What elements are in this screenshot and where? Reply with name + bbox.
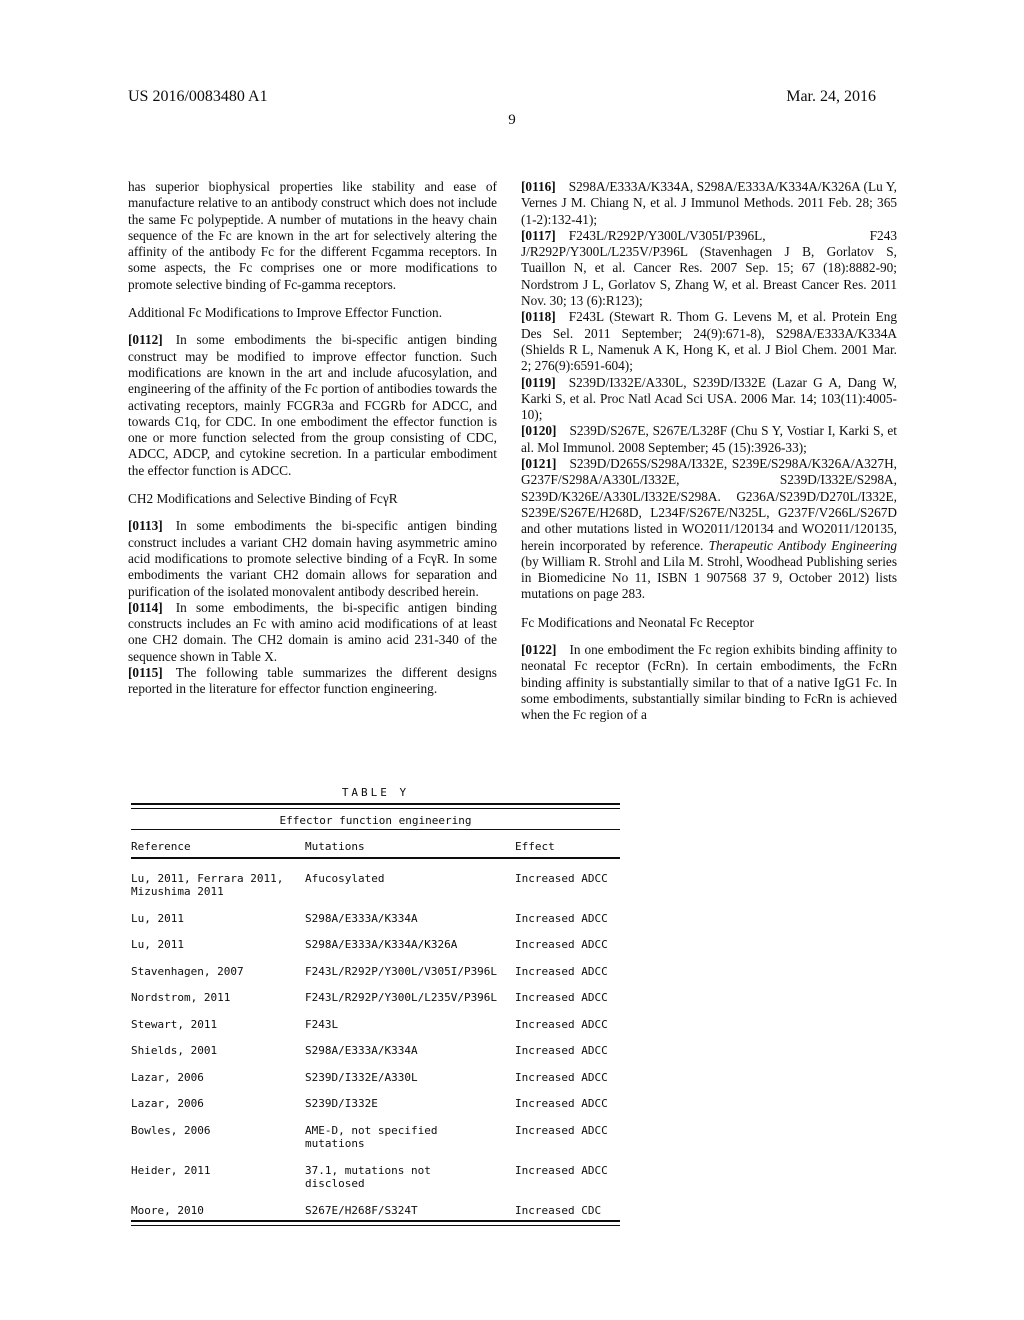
table-row: Lu, 2011, Ferrara 2011, Mizushima 2011Af… bbox=[131, 858, 620, 899]
patent-page: US 2016/0083480 A1 Mar. 24, 2016 9 has s… bbox=[0, 0, 1024, 1320]
table-cell: S298A/E333A/K334A bbox=[305, 899, 515, 926]
table-cell: Increased ADCC bbox=[515, 1031, 620, 1058]
effector-table-body: Lu, 2011, Ferrara 2011, Mizushima 2011Af… bbox=[131, 858, 620, 1218]
table-cell: 37.1, mutations not disclosed bbox=[305, 1151, 515, 1191]
table-cell: F243L/R292P/Y300L/V305I/P396L bbox=[305, 952, 515, 979]
table-cell: S267E/H268F/S324T bbox=[305, 1191, 515, 1218]
table-header-reference: Reference bbox=[131, 830, 305, 858]
table-cell: Stavenhagen, 2007 bbox=[131, 952, 305, 979]
paragraph-0115: [0115]The following table summarizes the… bbox=[128, 665, 497, 698]
table-header-row: Reference Mutations Effect bbox=[131, 830, 620, 858]
page-number: 9 bbox=[0, 112, 1024, 129]
paragraph-text: The following table summarizes the diffe… bbox=[128, 665, 497, 696]
paragraph-0116: [0116]S298A/E333A/K334A, S298A/E333A/K33… bbox=[521, 179, 897, 228]
paragraph-number: [0119] bbox=[521, 375, 556, 390]
table-cell: Increased ADCC bbox=[515, 925, 620, 952]
table-cell: Increased ADCC bbox=[515, 952, 620, 979]
table-cell: Heider, 2011 bbox=[131, 1151, 305, 1191]
table-row: Shields, 2001S298A/E333A/K334AIncreased … bbox=[131, 1031, 620, 1058]
paragraph-number: [0120] bbox=[521, 423, 556, 438]
paragraph-0121: [0121]S239D/D265S/S298A/I332E, S239E/S29… bbox=[521, 456, 897, 603]
patent-number: US 2016/0083480 A1 bbox=[128, 88, 268, 106]
paragraph-0118: [0118]F243L (Stewart R. Thom G. Levens M… bbox=[521, 309, 897, 374]
table-cell: Lu, 2011 bbox=[131, 899, 305, 926]
paragraph-text: In some embodiments the bi-specific anti… bbox=[128, 332, 497, 477]
table-row: Stavenhagen, 2007F243L/R292P/Y300L/V305I… bbox=[131, 952, 620, 979]
publication-date: Mar. 24, 2016 bbox=[786, 88, 876, 106]
paragraph-number: [0118] bbox=[521, 309, 556, 324]
table-cell: Increased CDC bbox=[515, 1191, 620, 1218]
table-cell: F243L bbox=[305, 1005, 515, 1032]
table-cell: Increased ADCC bbox=[515, 899, 620, 926]
table-cell: Increased ADCC bbox=[515, 1084, 620, 1111]
paragraph-0120: [0120]S239D/S267E, S267E/L328F (Chu S Y,… bbox=[521, 423, 897, 456]
paragraph-text: In one embodiment the Fc region exhibits… bbox=[521, 642, 897, 722]
paragraph-number: [0117] bbox=[521, 228, 556, 243]
table-cell: Lu, 2011, Ferrara 2011, Mizushima 2011 bbox=[131, 858, 305, 899]
table-rule-bottom bbox=[131, 1220, 620, 1226]
paragraph-number: [0112] bbox=[128, 332, 163, 347]
table-header-mutations: Mutations bbox=[305, 830, 515, 858]
paragraph-0114: [0114]In some embodiments, the bi-specif… bbox=[128, 600, 497, 665]
table-cell: S239D/I332E bbox=[305, 1084, 515, 1111]
table-cell: F243L/R292P/Y300L/L235V/P396L bbox=[305, 978, 515, 1005]
paragraph-0122: [0122]In one embodiment the Fc region ex… bbox=[521, 642, 897, 723]
paragraph-0113: [0113]In some embodiments the bi-specifi… bbox=[128, 518, 497, 599]
table-cell: Nordstrom, 2011 bbox=[131, 978, 305, 1005]
paragraph-text: In some embodiments the bi-specific anti… bbox=[128, 518, 497, 598]
table-cell: S239D/I332E/A330L bbox=[305, 1058, 515, 1085]
table-row: Lu, 2011S298A/E333A/K334A/K326AIncreased… bbox=[131, 925, 620, 952]
table-cell: Increased ADCC bbox=[515, 1058, 620, 1085]
section-heading-ch2: CH2 Modifications and Selective Binding … bbox=[128, 491, 497, 507]
page-header: US 2016/0083480 A1 Mar. 24, 2016 bbox=[128, 88, 876, 106]
table-cell: Increased ADCC bbox=[515, 1111, 620, 1151]
paragraph-0117: [0117]F243L/R292P/Y300L/V305I/P396L, F24… bbox=[521, 228, 897, 309]
table-cell: Increased ADCC bbox=[515, 978, 620, 1005]
table-cell: Increased ADCC bbox=[515, 858, 620, 899]
paragraph-number: [0122] bbox=[521, 642, 556, 657]
table-row: Heider, 201137.1, mutations not disclose… bbox=[131, 1151, 620, 1191]
table-cell: AME-D, not specified mutations bbox=[305, 1111, 515, 1151]
intro-paragraph: has superior biophysical properties like… bbox=[128, 179, 497, 293]
left-column: has superior biophysical properties like… bbox=[128, 179, 497, 698]
table-cell: Bowles, 2006 bbox=[131, 1111, 305, 1151]
table-cell: Moore, 2010 bbox=[131, 1191, 305, 1218]
right-column: [0116]S298A/E333A/K334A, S298A/E333A/K33… bbox=[521, 179, 897, 724]
paragraph-number: [0115] bbox=[128, 665, 163, 680]
table-cell: Lazar, 2006 bbox=[131, 1058, 305, 1085]
table-row: Stewart, 2011F243LIncreased ADCC bbox=[131, 1005, 620, 1032]
table-header-effect: Effect bbox=[515, 830, 620, 858]
table-row: Nordstrom, 2011F243L/R292P/Y300L/L235V/P… bbox=[131, 978, 620, 1005]
paragraph-number: [0121] bbox=[521, 456, 556, 471]
paragraph-text: F243L (Stewart R. Thom G. Levens M, et a… bbox=[521, 309, 897, 373]
table-cell: Afucosylated bbox=[305, 858, 515, 899]
paragraph-0112: [0112]In some embodiments the bi-specifi… bbox=[128, 332, 497, 479]
effector-function-table: TABLE Y Effector function engineering Re… bbox=[131, 786, 620, 1226]
table-cell: Increased ADCC bbox=[515, 1151, 620, 1191]
paragraph-number: [0116] bbox=[521, 179, 556, 194]
table-cell: Stewart, 2011 bbox=[131, 1005, 305, 1032]
table-cell: S298A/E333A/K334A bbox=[305, 1031, 515, 1058]
paragraph-0119: [0119]S239D/I332E/A330L, S239D/I332E (La… bbox=[521, 375, 897, 424]
paragraph-text: F243L/R292P/Y300L/V305I/P396L, F243 J/R2… bbox=[521, 228, 897, 308]
table-row: Bowles, 2006AME-D, not specified mutatio… bbox=[131, 1111, 620, 1151]
section-heading-fcrn: Fc Modifications and Neonatal Fc Recepto… bbox=[521, 615, 897, 631]
table-cell: S298A/E333A/K334A/K326A bbox=[305, 925, 515, 952]
paragraph-text: S239D/S267E, S267E/L328F (Chu S Y, Vosti… bbox=[521, 423, 897, 454]
table-row: Lu, 2011S298A/E333A/K334AIncreased ADCC bbox=[131, 899, 620, 926]
section-heading-effector: Additional Fc Modifications to Improve E… bbox=[128, 305, 497, 321]
paragraph-text: S239D/I332E/A330L, S239D/I332E (Lazar G … bbox=[521, 375, 897, 423]
table-cell: Lu, 2011 bbox=[131, 925, 305, 952]
paragraph-number: [0113] bbox=[128, 518, 163, 533]
paragraph-number: [0114] bbox=[128, 600, 163, 615]
table-grid: Reference Mutations Effect Lu, 2011, Fer… bbox=[131, 830, 620, 1217]
table-rule-top bbox=[131, 803, 620, 809]
table-cell: Increased ADCC bbox=[515, 1005, 620, 1032]
book-title-italic: Therapeutic Antibody Engineering bbox=[709, 538, 897, 553]
table-title: TABLE Y bbox=[131, 786, 620, 800]
table-row: Moore, 2010S267E/H268F/S324TIncreased CD… bbox=[131, 1191, 620, 1218]
paragraph-text: In some embodiments, the bi-specific ant… bbox=[128, 600, 497, 664]
table-cell: Shields, 2001 bbox=[131, 1031, 305, 1058]
table-row: Lazar, 2006S239D/I332EIncreased ADCC bbox=[131, 1084, 620, 1111]
table-row: Lazar, 2006S239D/I332E/A330LIncreased AD… bbox=[131, 1058, 620, 1085]
table-cell: Lazar, 2006 bbox=[131, 1084, 305, 1111]
paragraph-text: S298A/E333A/K334A, S298A/E333A/K334A/K32… bbox=[521, 179, 897, 227]
table-subtitle: Effector function engineering bbox=[131, 814, 620, 831]
paragraph-text: (by William R. Strohl and Lila M. Strohl… bbox=[521, 554, 897, 602]
